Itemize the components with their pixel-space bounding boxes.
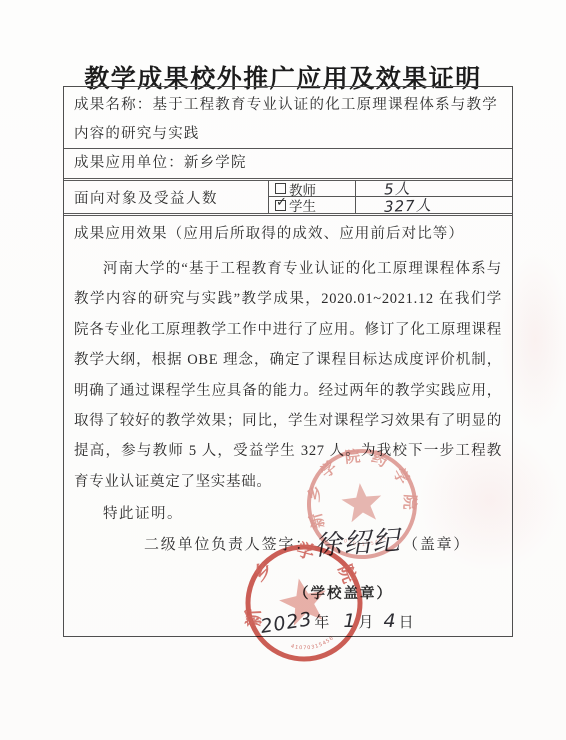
result-name-label: 成果名称： [74,97,153,113]
audience-option-students: ✓ 学生 [269,197,356,213]
svg-text:41070315456: 41070315456 [289,634,337,655]
apply-unit-label: 成果应用单位： [74,155,184,171]
audience-count-teachers: 5人 [356,181,512,197]
students-count-handwritten: 327人 [384,194,432,217]
row-result-name: 成果名称：基于工程教育专业认证的化工原理课程体系与教学内容的研究与实践 [64,87,512,149]
row-apply-unit: 成果应用单位：新乡学院 [64,149,512,178]
year-unit: 年 [314,615,329,631]
handwritten-month: 1 [343,610,356,632]
scanned-certificate-page: 教学成果校外推广应用及效果证明 成果名称：基于工程教育专业认证的化工原理课程体系… [0,0,566,740]
row-effect: 成果应用效果（应用后所取得的成效、应用前后对比等） 河南大学的“基于工程教育专业… [64,216,512,636]
audience-label: 面向对象及受益人数 [64,181,269,213]
day-unit: 日 [399,615,414,631]
audience-count-students: 327人 [356,197,512,213]
signature-label: 二级单位负责人签字： [144,537,312,553]
date-line: 2023年1月4日 [260,610,414,632]
handwritten-day: 4 [383,610,396,632]
handwritten-year: 2023 [259,608,314,638]
certificate-table: 成果名称：基于工程教育专业认证的化工原理课程体系与教学内容的研究与实践 成果应用… [63,86,513,637]
seal-note: （盖章） [403,537,470,553]
month-unit: 月 [358,615,373,631]
audience-option-students-label: 学生 [289,195,316,215]
check-mark: ✓ [276,195,287,210]
row-audience: 面向对象及受益人数 教师 5人 ✓ 学生 327人 [64,181,512,213]
effect-body-paragraph: 河南大学的“基于工程教育专业认证的化工原理课程体系与教学内容的研究与实践”教学成… [74,254,502,497]
effect-header: 成果应用效果（应用后所取得的成效、应用前后对比等） [74,222,502,247]
signature-line: 二级单位负责人签字：徐绍纪（盖章） [144,518,470,557]
school-seal-serial: 41070315456 [289,634,337,655]
handwritten-signature: 徐绍纪 [313,518,403,563]
checkbox-unchecked-icon [275,183,286,194]
school-seal-note: （学校盖章） [294,582,393,603]
apply-unit-value: 新乡学院 [184,155,247,171]
checkbox-checked-icon: ✓ [275,200,286,211]
